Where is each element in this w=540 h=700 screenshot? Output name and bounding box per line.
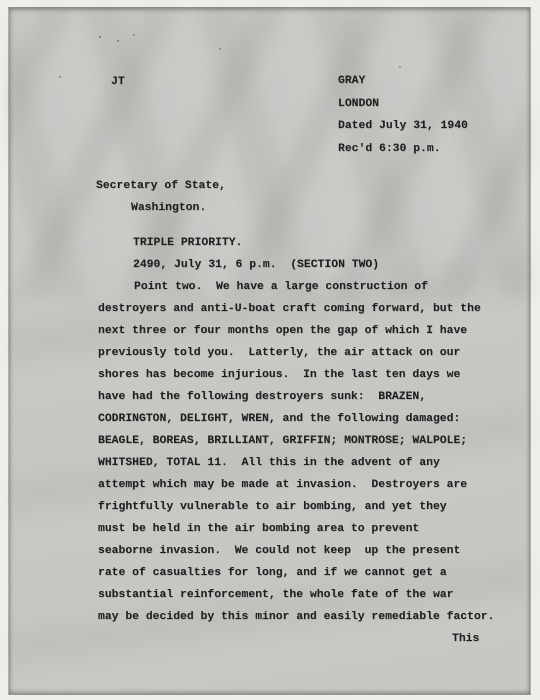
body-line: may be decided by this minor and easily … (98, 606, 494, 628)
sender-code: GRAY (338, 70, 468, 93)
body-line: seaborne invasion. We could not keep up … (98, 540, 494, 562)
body-line: Point two. We have a large construction … (98, 276, 494, 298)
body-line: have had the following destroyers sunk: … (98, 386, 494, 408)
body-line: attempt which may be made at invasion. D… (98, 474, 494, 496)
body-line: CODRINGTON, DELIGHT, WREN, and the follo… (98, 408, 494, 430)
body-line: must be held in the air bombing area to … (98, 518, 494, 540)
body-line: frightfully vulnerable to air bombing, a… (98, 496, 494, 518)
body-line: destroyers and anti-U-boat craft coming … (98, 298, 494, 320)
body-line: shores has become injurious. In the last… (98, 364, 494, 386)
scanned-telegram-page: { "palette": { "frame_background": "#efe… (0, 0, 540, 700)
reference-line: 2490, July 31, 6 p.m. (SECTION TWO) (133, 254, 379, 276)
received-line: Rec'd 6:30 p.m. (338, 138, 468, 161)
origin-city: LONDON (338, 93, 468, 116)
body-line: rate of casualties for long, and if we c… (98, 562, 494, 584)
body-line: BEAGLE, BOREAS, BRILLIANT, GRIFFIN; MONT… (98, 430, 494, 452)
addressee-line-2: Washington. (96, 197, 226, 219)
addressee-line-1: Secretary of State, (96, 175, 226, 197)
telegram-paper: JT GRAY LONDON Dated July 31, 1940 Rec'd… (8, 7, 531, 695)
dated-line: Dated July 31, 1940 (338, 115, 468, 138)
typist-initials: JT (111, 71, 125, 93)
message-body: Point two. We have a large construction … (98, 276, 494, 628)
priority-line: TRIPLE PRIORITY. (133, 232, 242, 254)
body-line: next three or four months open the gap o… (98, 320, 494, 342)
catchword: This (452, 628, 479, 650)
header-block: GRAY LONDON Dated July 31, 1940 Rec'd 6:… (338, 70, 468, 160)
body-line: WHITSHED, TOTAL 11. All this in the adve… (98, 452, 494, 474)
typewritten-text-layer: JT GRAY LONDON Dated July 31, 1940 Rec'd… (9, 8, 530, 694)
body-line: substantial reinforcement, the whole fat… (98, 584, 494, 606)
body-line: previously told you. Latterly, the air a… (98, 342, 494, 364)
address-block: Secretary of State, Washington. (96, 175, 226, 219)
